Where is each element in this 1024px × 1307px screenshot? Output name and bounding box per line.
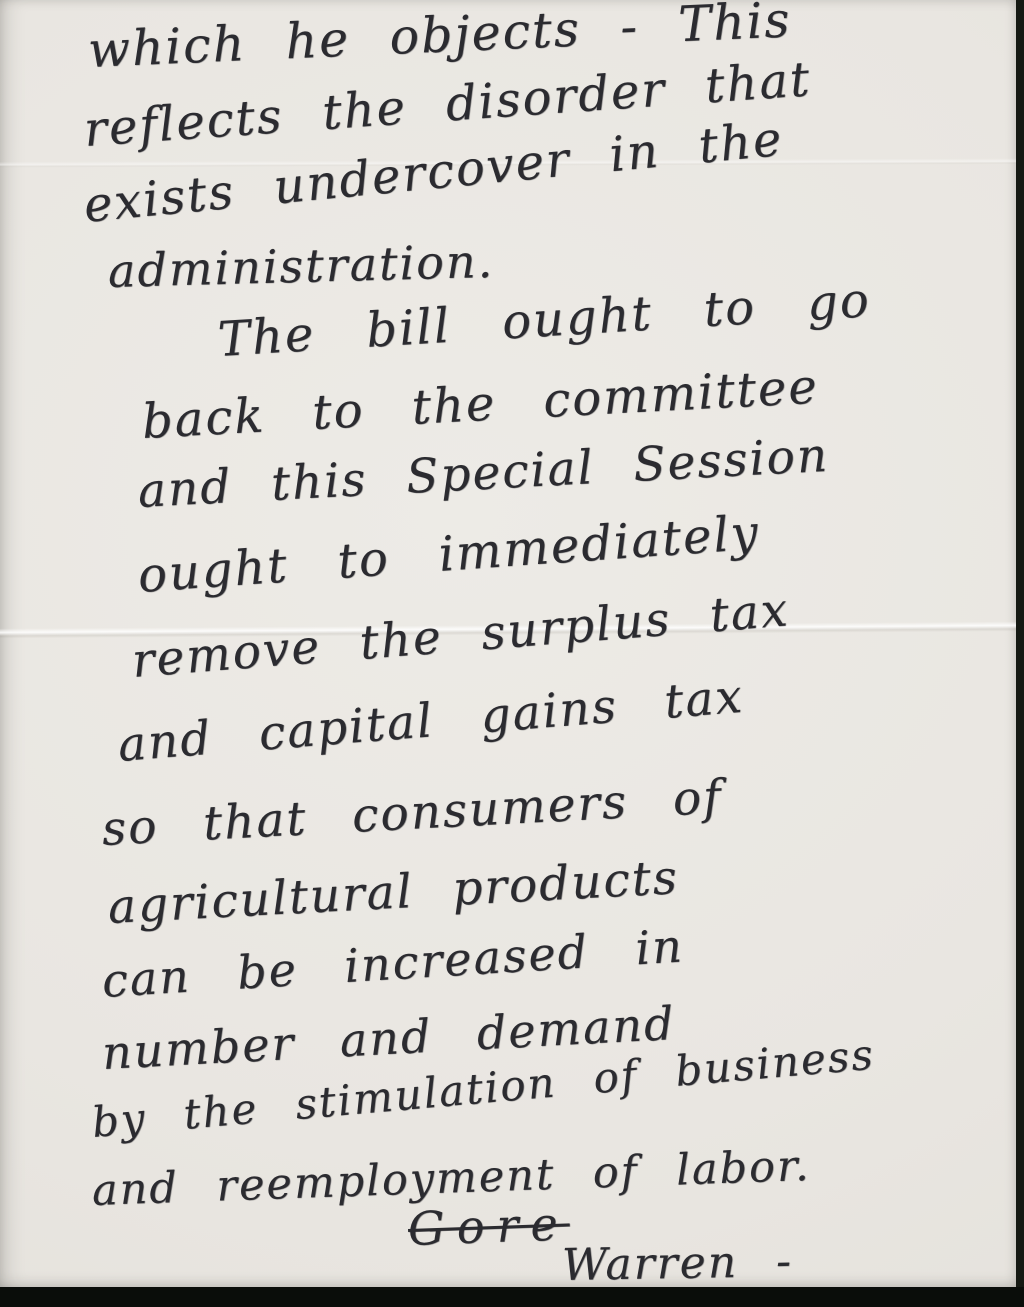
- handwritten-line: and capital gains tax: [116, 669, 746, 773]
- signature: Warren -: [562, 1236, 794, 1291]
- handwritten-line: agricultural products: [107, 850, 680, 935]
- handwritten-line: ought to immediately: [136, 505, 761, 604]
- photo-edge-right: [1016, 0, 1024, 1307]
- letter-paper: which he objects - This reflects the dis…: [0, 0, 1016, 1287]
- photo-edge-bottom: [0, 1287, 1024, 1307]
- handwritten-line: administration.: [107, 234, 494, 298]
- struck-out-signature: Gore: [407, 1196, 570, 1256]
- handwritten-line: so that consumers of: [101, 770, 724, 857]
- handwritten-line: can be increased in: [100, 918, 685, 1007]
- scanned-letter-photo: which he objects - This reflects the dis…: [0, 0, 1024, 1307]
